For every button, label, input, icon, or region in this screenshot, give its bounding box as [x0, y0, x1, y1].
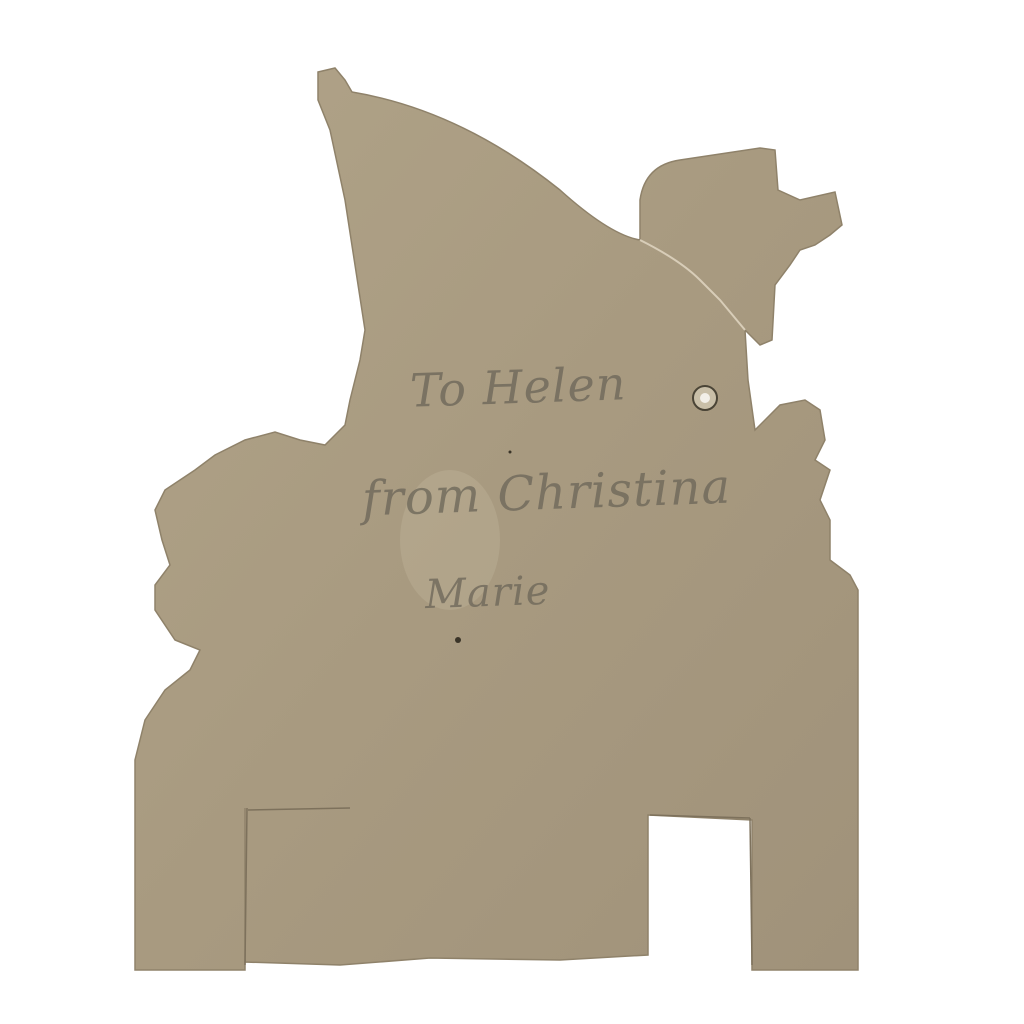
inscription-line-1: To Helen [409, 356, 627, 418]
inscription-line-3: Marie [424, 568, 551, 618]
photo-scene: To Helen from Christina Marie [0, 0, 1024, 1024]
